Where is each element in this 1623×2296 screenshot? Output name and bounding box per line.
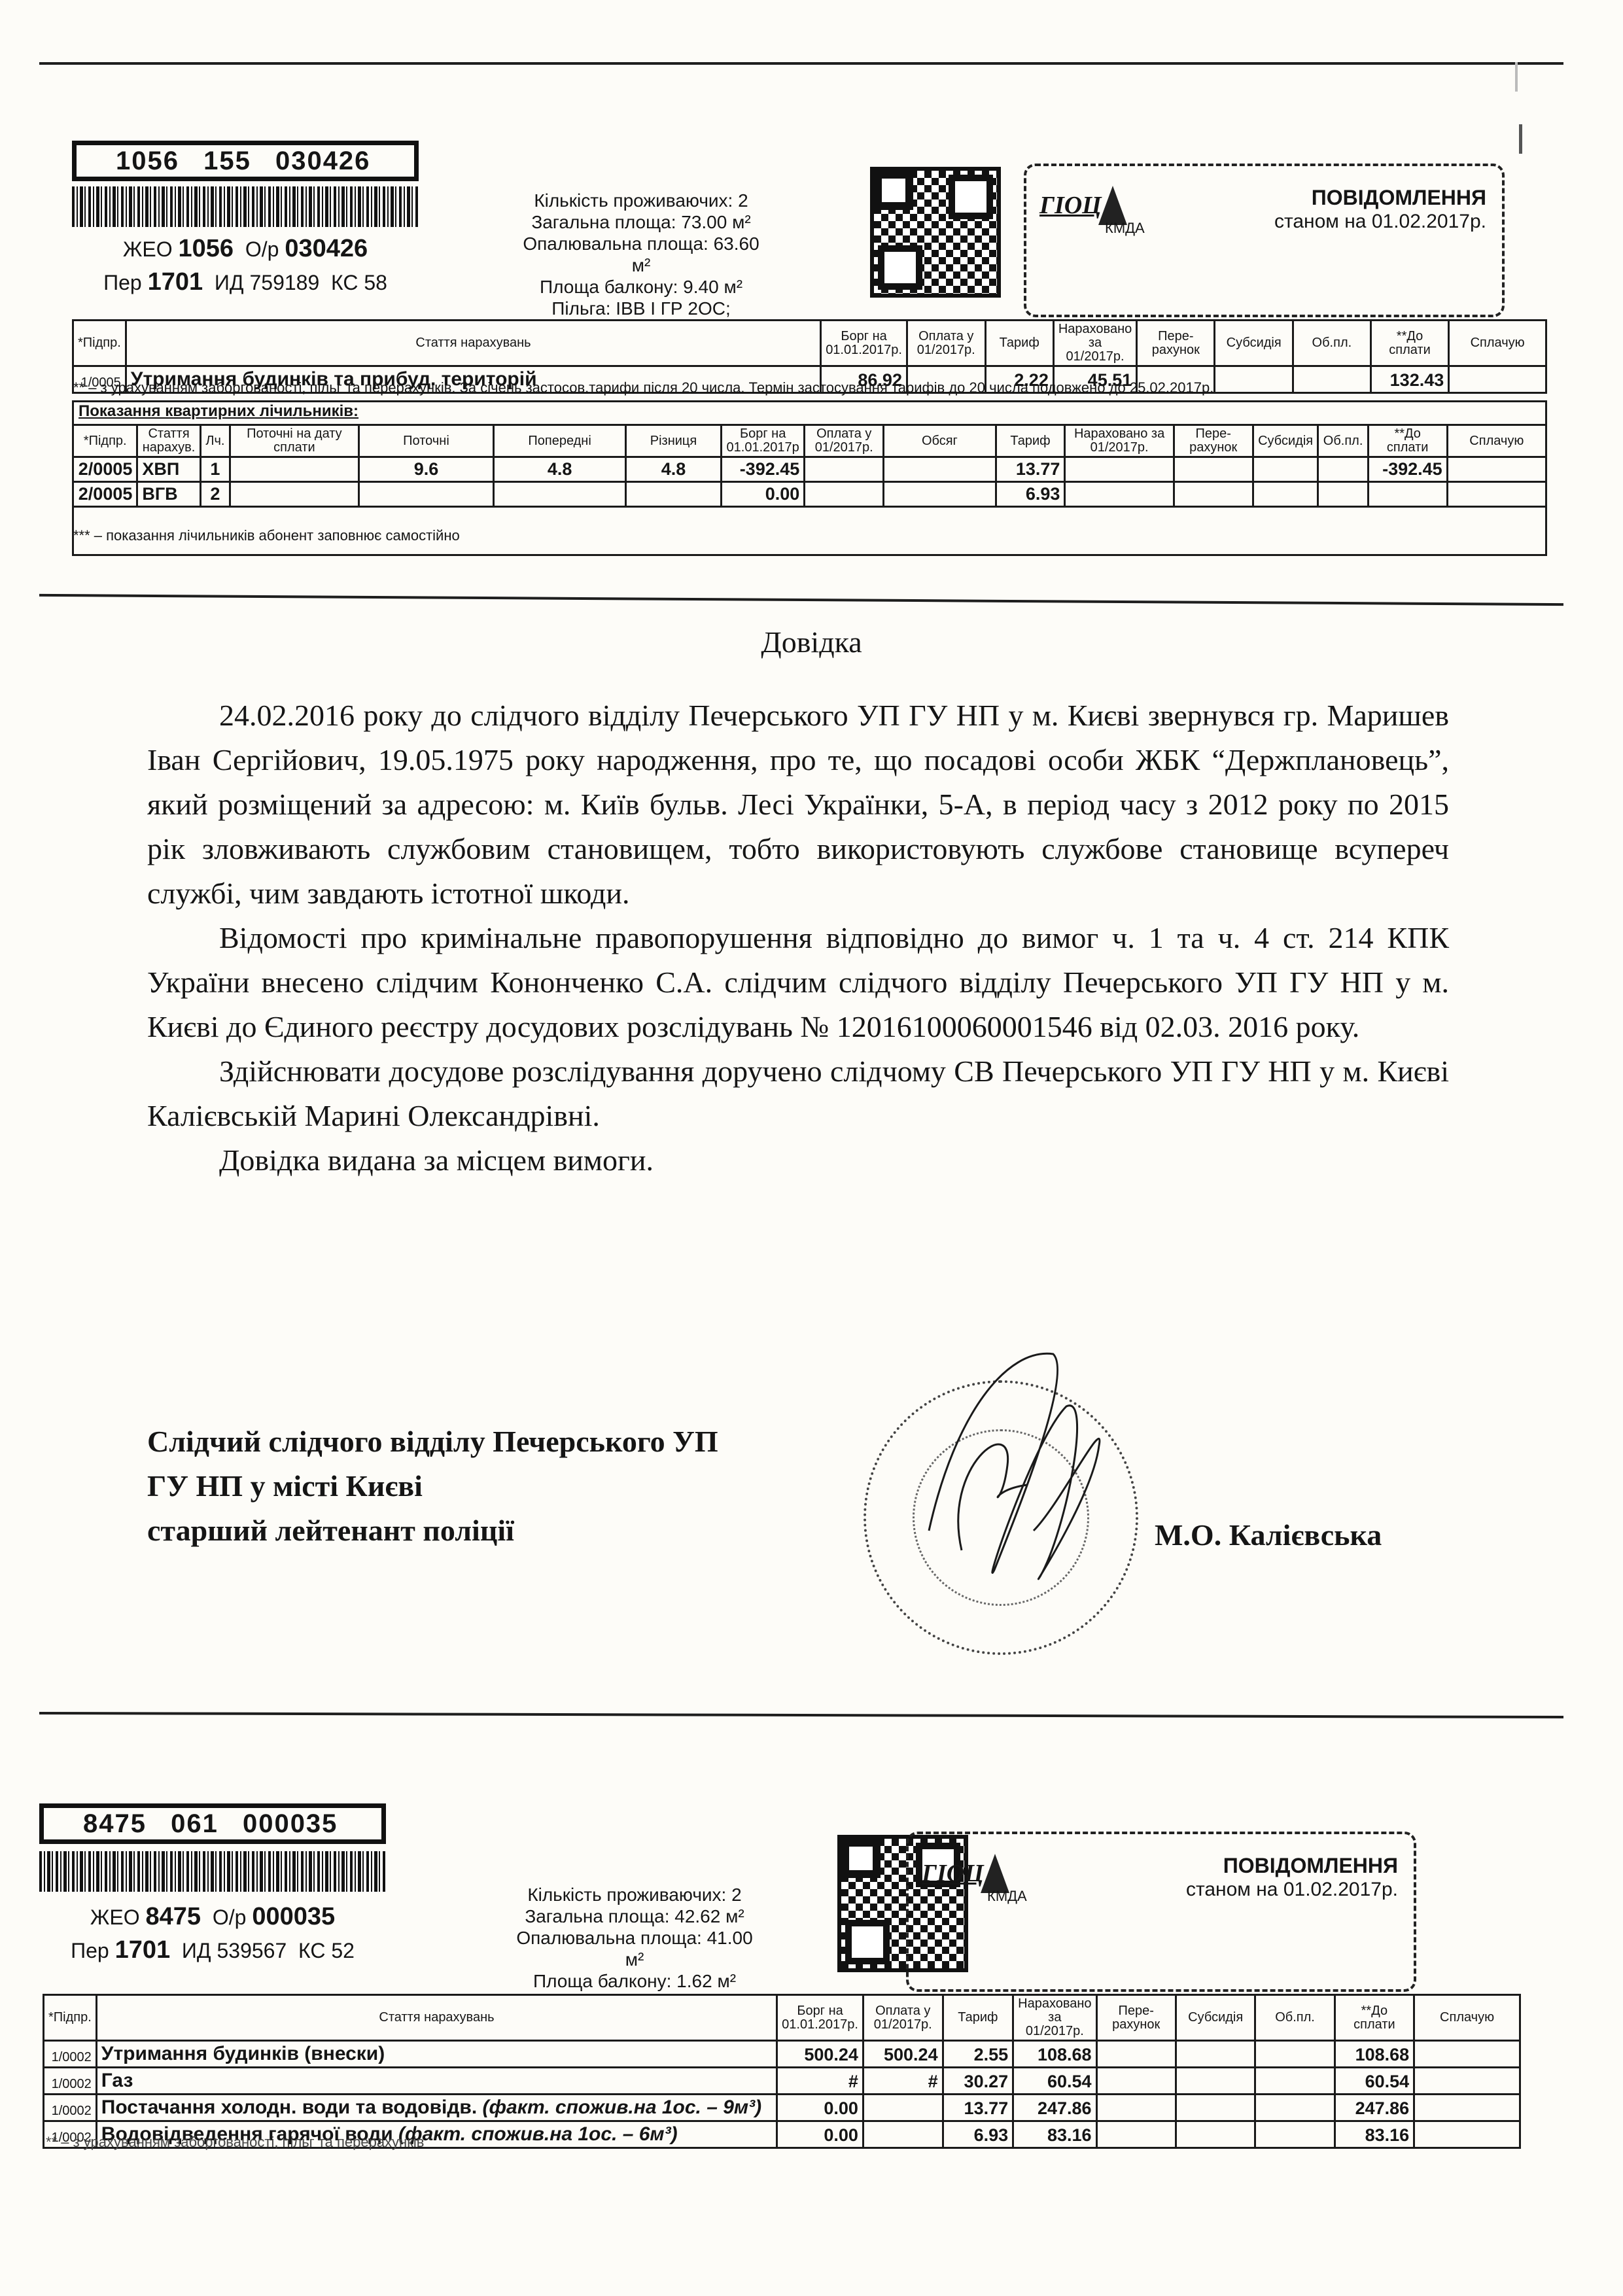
meter-tariff: 6.93	[996, 482, 1065, 507]
meter-paid	[805, 457, 884, 482]
zheo-value: 1056	[179, 235, 234, 262]
col-header: Борг на 01.01.2017р.	[777, 1995, 864, 2041]
meter-number: 1	[200, 457, 230, 482]
certificate-paragraph: 24.02.2016 року до слідчого відділу Пече…	[147, 693, 1449, 916]
account-number-box: 8475 061 000035	[39, 1803, 386, 1844]
row-item-label: Газ	[101, 2070, 133, 2091]
logo-subtext: КМДА	[987, 1888, 1027, 1905]
notice-box: ГІОЦ КМДА ПОВІДОМЛЕННЯ станом на 01.02.2…	[1024, 164, 1505, 317]
margin-mark	[1515, 62, 1518, 92]
meter-previous	[494, 482, 626, 507]
row-area	[1255, 2121, 1335, 2148]
row-area	[1255, 2068, 1335, 2095]
meter-paid	[805, 482, 884, 507]
row-pay-field[interactable]	[1414, 2041, 1520, 2068]
col-header: Борг на 01.01.2017р	[722, 425, 805, 457]
row-paid: 500.24	[863, 2041, 943, 2068]
col-header: Оплата у 01/2017р.	[805, 425, 884, 457]
row-paid	[863, 2121, 943, 2148]
col-header: Об.пл.	[1255, 1995, 1335, 2041]
meter-due	[1368, 482, 1447, 507]
or-value: 030426	[285, 235, 368, 262]
row-item-note: (факт. спожив.на 1ос. – 6м³)	[398, 2123, 678, 2145]
footnote-debt: ** – з урахуванням заборгованості, пільг…	[46, 2134, 424, 2151]
charges-table: *Підпр. Стаття нарахувань Борг на 01.01.…	[43, 1994, 1521, 2149]
col-header: Стаття нарахув.	[137, 425, 200, 457]
row-subsidy	[1176, 2095, 1255, 2121]
meters-table: *Підпр. Стаття нарахув. Лч. Поточні на д…	[72, 424, 1547, 508]
or-label: О/р	[245, 237, 279, 261]
meter-tariff: 13.77	[996, 457, 1065, 482]
row-tariff: 2.55	[943, 2041, 1013, 2068]
meter-pay-field[interactable]	[1447, 482, 1546, 507]
table-row: 1/0002 Газ # # 30.27 60.54 60.54	[44, 2068, 1520, 2095]
account-number: 8475 061 000035	[83, 1809, 338, 1839]
meters-header-row: *Підпр. Стаття нарахув. Лч. Поточні на д…	[73, 425, 1546, 457]
logo-subtext: КМДА	[1105, 220, 1145, 237]
row-item: Постачання холодн. води та водовідв. (фа…	[96, 2095, 777, 2121]
col-header: Лч.	[200, 425, 230, 457]
col-header: Субсидія	[1253, 425, 1318, 457]
account-number: 1056 155 030426	[116, 147, 370, 176]
col-header: Оплата у 01/2017р.	[863, 1995, 943, 2041]
tree-icon	[1098, 186, 1127, 225]
id-label: ИД	[182, 1939, 211, 1962]
col-header: **До сплати	[1370, 321, 1448, 366]
col-header: Тариф	[996, 425, 1065, 457]
info-heated-area: Опалювальна площа: 41.00 м²	[510, 1927, 759, 1970]
row-recalc	[1096, 2068, 1176, 2095]
table-row: 1/0002 Постачання холодн. води та водові…	[44, 2095, 1520, 2121]
charges-header-row: *Підпр. Стаття нарахувань Борг на 01.01.…	[73, 321, 1546, 366]
barcode	[39, 1851, 386, 1892]
certificate-paragraph: Довідка видана за місцем вимоги.	[147, 1138, 1449, 1183]
barcode	[72, 186, 419, 227]
meter-volume	[884, 482, 996, 507]
row-tariff: 30.27	[943, 2068, 1013, 2095]
meter-current: 9.6	[358, 457, 494, 482]
row-subsidy	[1176, 2041, 1255, 2068]
row-code: 1/0002	[44, 2041, 97, 2068]
per-value: 1701	[115, 1936, 171, 1964]
certificate-paragraph: Відомості про кримінальне правопорушення…	[147, 916, 1449, 1049]
row-code: 1/0002	[44, 2068, 97, 2095]
meter-item: ВГВ	[137, 482, 200, 507]
col-header: Обсяг	[884, 425, 996, 457]
meter-item: ХВП	[137, 457, 200, 482]
account-number-box: 1056 155 030426	[72, 141, 419, 181]
signatory-department: ГУ НП у місті Києві	[147, 1464, 718, 1508]
row-charged: 60.54	[1013, 2068, 1096, 2095]
info-benefit: Пільга: ІВВ І ГР 2ОС;	[517, 298, 765, 319]
row-code: 1/0002	[44, 2095, 97, 2121]
row-debt: 0.00	[777, 2121, 864, 2148]
info-total-area: Загальна площа: 42.62 м²	[510, 1905, 759, 1927]
col-header: Пере-рахунок	[1174, 425, 1253, 457]
signatory-block: Слідчий слідчого відділу Печерського УП …	[147, 1419, 718, 1553]
top-cut-line	[39, 62, 1563, 65]
per-label: Пер	[71, 1939, 109, 1962]
or-label: О/р	[213, 1905, 247, 1929]
row-area	[1255, 2041, 1335, 2068]
apartment-info: Кількість проживаючих: 2 Загальна площа:…	[510, 1884, 759, 1992]
col-header: *Підпр.	[73, 321, 126, 366]
row-paid: #	[863, 2068, 943, 2095]
meter-recalc	[1174, 457, 1253, 482]
meter-debt: -392.45	[722, 457, 805, 482]
col-header: *Підпр.	[44, 1995, 97, 2041]
row-debt: 0.00	[777, 2095, 864, 2121]
cut-line	[39, 1712, 1563, 1718]
footnote-meters: *** – показання лічильників абонент запо…	[73, 527, 460, 544]
row-due: 247.86	[1335, 2095, 1414, 2121]
certificate-title: Довідка	[0, 625, 1623, 659]
notice-title: ПОВІДОМЛЕННЯ станом на 01.02.2017р.	[1274, 186, 1486, 233]
row-tariff: 13.77	[943, 2095, 1013, 2121]
col-header: Об.пл.	[1318, 425, 1368, 457]
row-due: 108.68	[1335, 2041, 1414, 2068]
col-header: Об.пл.	[1293, 321, 1370, 366]
gioc-logo: ГІОЦ КМДА	[1039, 186, 1164, 245]
id-label: ИД	[215, 271, 244, 294]
info-residents: Кількість проживаючих: 2	[510, 1884, 759, 1905]
row-recalc	[1096, 2041, 1176, 2068]
zheo-label: ЖЕО	[90, 1905, 140, 1929]
row-due: 132.43	[1370, 366, 1448, 393]
row-charged: 247.86	[1013, 2095, 1096, 2121]
col-header: **До сплати	[1335, 1995, 1414, 2041]
meter-charged	[1065, 457, 1174, 482]
meter-difference	[625, 482, 721, 507]
col-header: Оплата у 01/2017р.	[907, 321, 985, 366]
per-value: 1701	[148, 268, 203, 296]
row-paid	[863, 2095, 943, 2121]
row-charged: 108.68	[1013, 2041, 1096, 2068]
table-row: 1/0002 Утримання будинків (внески) 500.2…	[44, 2041, 1520, 2068]
account-ids: ЖЕО 1056 О/р 030426 Пер 1701 ИД 759189 К…	[92, 232, 399, 300]
meter-number: 2	[200, 482, 230, 507]
col-header: Нараховано за 01/2017р.	[1053, 321, 1136, 366]
charges-header-row: *Підпр. Стаття нарахувань Борг на 01.01.…	[44, 1995, 1520, 2041]
logo-text: ГІОЦ	[1039, 191, 1102, 220]
meter-recalc	[1174, 482, 1253, 507]
row-tariff: 6.93	[943, 2121, 1013, 2148]
col-header: Різниця	[625, 425, 721, 457]
col-header: Нараховано за 01/2017р.	[1065, 425, 1174, 457]
row-pay-field[interactable]	[1414, 2095, 1520, 2121]
col-header: Субсидія	[1176, 1995, 1255, 2041]
zheo-label: ЖЕО	[123, 237, 173, 261]
meters-title: Показання квартирних лічильників:	[79, 402, 358, 421]
col-header: Сплачую	[1447, 425, 1546, 457]
meter-debt: 0.00	[722, 482, 805, 507]
row-debt: 500.24	[777, 2041, 864, 2068]
col-header: Стаття нарахувань	[96, 1995, 777, 2041]
row-pay-field[interactable]	[1414, 2121, 1520, 2148]
meter-volume	[884, 457, 996, 482]
signature-icon	[903, 1334, 1151, 1609]
row-item-label: Постачання холодн. води та водовідв.	[101, 2096, 477, 2118]
info-heated-area: Опалювальна площа: 63.60 м²	[517, 233, 765, 276]
col-header: Тариф	[985, 321, 1053, 366]
meter-difference: 4.8	[625, 457, 721, 482]
ks-value: 58	[364, 271, 387, 294]
notice-date: станом на 01.02.2017р.	[1186, 1879, 1398, 1900]
row-recalc	[1096, 2121, 1176, 2148]
row-charged: 83.16	[1013, 2121, 1096, 2148]
logo-text: ГІОЦ	[922, 1859, 984, 1888]
notice-heading: ПОВІДОМЛЕННЯ	[1223, 1854, 1398, 1877]
certificate-body: 24.02.2016 року до слідчого відділу Пече…	[147, 693, 1449, 1183]
meter-area	[1318, 457, 1368, 482]
ks-label: КС	[298, 1939, 325, 1962]
footnote-debt: ** – з урахуванням заборгованості, пільг…	[73, 379, 1213, 396]
or-value: 000035	[252, 1903, 335, 1930]
row-subsidy	[1176, 2068, 1255, 2095]
meter-area	[1318, 482, 1368, 507]
row-area	[1255, 2095, 1335, 2121]
col-header: Пере-рахунок	[1137, 321, 1215, 366]
row-pay-field[interactable]	[1449, 366, 1546, 393]
col-header: Субсидія	[1215, 321, 1293, 366]
ks-value: 52	[331, 1939, 355, 1962]
row-subsidy	[1176, 2121, 1255, 2148]
row-item-label: Утримання будинків (внески)	[101, 2043, 385, 2064]
signatory-rank: старший лейтенант поліції	[147, 1508, 718, 1553]
col-header: Сплачую	[1449, 321, 1546, 366]
notice-date: станом на 01.02.2017р.	[1274, 211, 1486, 232]
row-recalc	[1096, 2095, 1176, 2121]
signatory-name: М.О. Калієвська	[1155, 1518, 1382, 1552]
meter-code: 2/0005	[73, 482, 137, 507]
col-header: Нараховано за 01/2017р.	[1013, 1995, 1096, 2041]
meter-subsidy	[1253, 457, 1318, 482]
notice-heading: ПОВІДОМЛЕННЯ	[1312, 186, 1486, 209]
zheo-value: 8475	[146, 1903, 201, 1930]
meter-previous: 4.8	[494, 457, 626, 482]
info-total-area: Загальна площа: 73.00 м²	[517, 211, 765, 233]
per-label: Пер	[103, 271, 142, 294]
info-balcony-area: Площа балкону: 1.62 м²	[510, 1970, 759, 1992]
certificate-paragraph: Здійснювати досудове розслідування доруч…	[147, 1049, 1449, 1138]
id-value: 539567	[217, 1939, 287, 1962]
margin-mark	[1519, 124, 1522, 154]
col-header: *Підпр.	[73, 425, 137, 457]
meter-pay-field[interactable]	[1447, 457, 1546, 482]
row-pay-field[interactable]	[1414, 2068, 1520, 2095]
meter-charged	[1065, 482, 1174, 507]
meter-code: 2/0005	[73, 457, 137, 482]
row-item: Утримання будинків (внески)	[96, 2041, 777, 2068]
ks-label: КС	[331, 271, 358, 294]
row-debt: #	[777, 2068, 864, 2095]
meter-subsidy	[1253, 482, 1318, 507]
tree-icon	[981, 1854, 1009, 1893]
row-item: Газ	[96, 2068, 777, 2095]
meter-due: -392.45	[1368, 457, 1447, 482]
gioc-logo: ГІОЦ КМДА	[922, 1854, 1046, 1913]
col-header: **До сплати	[1368, 425, 1447, 457]
signatory-position: Слідчий слідчого відділу Печерського УП	[147, 1419, 718, 1464]
id-value: 759189	[249, 271, 319, 294]
notice-box: ГІОЦ КМДА ПОВІДОМЛЕННЯ станом на 01.02.2…	[906, 1832, 1416, 1992]
col-header: Пере-рахунок	[1096, 1995, 1176, 2041]
info-balcony-area: Площа балкону: 9.40 м²	[517, 276, 765, 298]
col-header: Борг на 01.01.2017р.	[821, 321, 907, 366]
col-header: Сплачую	[1414, 1995, 1520, 2041]
info-residents: Кількість проживаючих: 2	[517, 190, 765, 211]
row-subsidy	[1215, 366, 1293, 393]
meter-row: 2/0005 ХВП 1 9.6 4.8 4.8 -392.45 13.77 -…	[73, 457, 1546, 482]
notice-title: ПОВІДОМЛЕННЯ станом на 01.02.2017р.	[1186, 1854, 1398, 1901]
col-header: Тариф	[943, 1995, 1013, 2041]
row-item-note: (факт. спожив.на 1ос. – 9м³)	[483, 2096, 762, 2118]
col-header: Попередні	[494, 425, 626, 457]
row-due: 60.54	[1335, 2068, 1414, 2095]
account-ids: ЖЕО 8475 О/р 000035 Пер 1701 ИД 539567 К…	[59, 1900, 366, 1968]
meter-current-at-payment-field[interactable]	[230, 457, 359, 482]
meter-current-at-payment-field[interactable]	[230, 482, 359, 507]
col-header: Поточні	[358, 425, 494, 457]
cut-line	[39, 594, 1563, 606]
qr-code	[870, 167, 1001, 298]
col-header: Поточні на дату сплати	[230, 425, 359, 457]
apartment-info: Кількість проживаючих: 2 Загальна площа:…	[517, 190, 765, 319]
row-area	[1293, 366, 1370, 393]
meter-current	[358, 482, 494, 507]
row-due: 83.16	[1335, 2121, 1414, 2148]
col-header: Стаття нарахувань	[126, 321, 820, 366]
meter-row: 2/0005 ВГВ 2 0.00 6.93	[73, 482, 1546, 507]
